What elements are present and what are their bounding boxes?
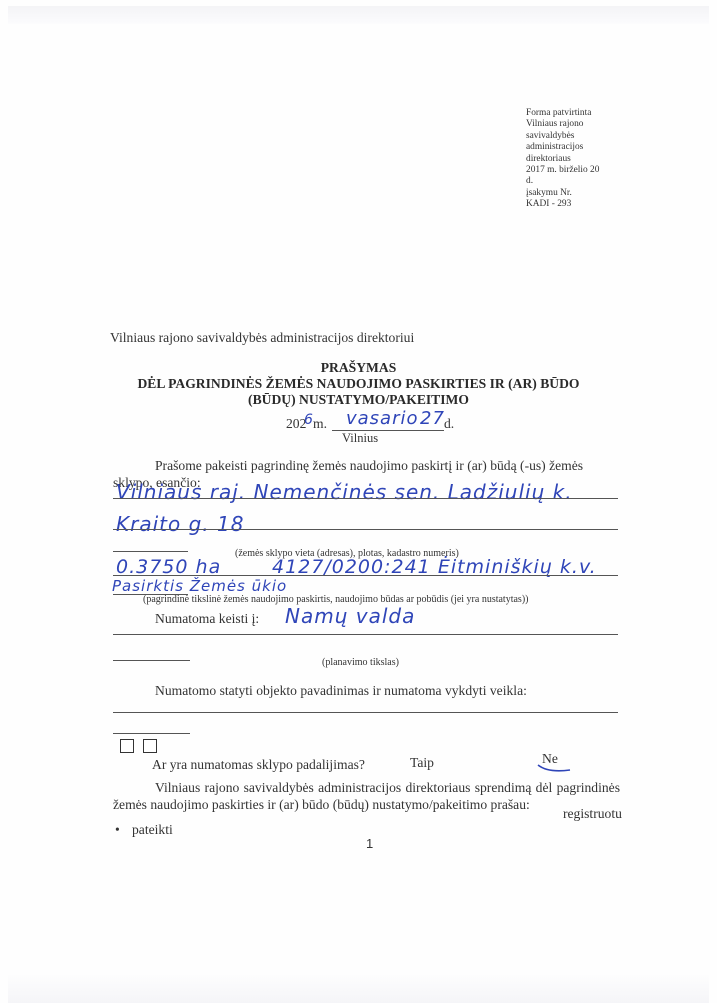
date-d-label: d.	[444, 416, 454, 432]
address-line-1	[113, 498, 618, 499]
planning-caption: (planavimo tikslas)	[322, 657, 399, 668]
date-m-label: m.	[313, 416, 327, 432]
planning-line	[113, 660, 190, 661]
address-line-3	[113, 551, 188, 552]
approval-line: direktoriaus	[526, 154, 646, 165]
submit-option-label: pateikti	[132, 822, 173, 838]
document-subtitle-line-2: (BŪDŲ) NUSTATYMO/PAKEITIMO	[0, 392, 717, 408]
date-day-handwritten[interactable]: 27	[420, 408, 445, 429]
approval-line: d.	[526, 176, 646, 187]
addressee: Vilniaus rajono savivaldybės administrac…	[110, 330, 414, 346]
scan-artifact-top	[8, 6, 709, 24]
object-line-2	[113, 733, 190, 734]
decision-line-2: žemės naudojimo paskirties ir (ar) būdo …	[113, 797, 530, 813]
approval-line: 2017 m. birželio 20	[526, 165, 646, 176]
no-selected-mark-icon	[536, 762, 572, 774]
object-label: Numatomo statyti objekto pavadinimas ir …	[155, 683, 527, 699]
decision-line-1: Vilniaus rajono savivaldybės administrac…	[155, 780, 620, 796]
purpose-handwritten[interactable]: Pasirktis Žemės ūkio	[112, 577, 287, 595]
approval-line: KADI - 293	[526, 199, 646, 210]
approval-line: Forma patvirtinta	[526, 108, 646, 119]
approval-line: savivaldybės	[526, 131, 646, 142]
approval-line: Vilniaus rajono	[526, 119, 646, 130]
change-to-handwritten[interactable]: Namų valda	[285, 604, 415, 628]
date-month-handwritten[interactable]: vasario	[346, 408, 419, 429]
request-intro-line-1: Prašome pakeisti pagrindinę žemės naudoj…	[155, 458, 583, 474]
date-day-underline	[418, 430, 442, 431]
change-to-label: Numatoma keisti į:	[155, 611, 259, 627]
approval-line: įsakymu Nr.	[526, 188, 646, 199]
place-label: Vilnius	[342, 431, 378, 446]
address-handwritten-2[interactable]: Kraito g. 18	[116, 512, 244, 536]
bullet-icon: •	[115, 822, 120, 838]
division-question: Ar yra numatomas sklypo padalijimas?	[152, 757, 365, 773]
address-line-2	[113, 529, 618, 530]
checkbox-no[interactable]	[143, 739, 157, 753]
document-title: PRAŠYMAS	[0, 360, 717, 376]
approval-line: administracijos	[526, 142, 646, 153]
cadastre-line	[113, 575, 618, 576]
change-to-line	[113, 634, 618, 635]
scan-artifact-bottom	[8, 973, 709, 1003]
document-subtitle-line-1: DĖL PAGRINDINĖS ŽEMĖS NAUDOJIMO PASKIRTI…	[0, 376, 717, 392]
object-line-1	[113, 712, 618, 713]
form-approval-note: Forma patvirtinta Vilniaus rajono saviva…	[526, 108, 646, 211]
checkbox-yes[interactable]	[120, 739, 134, 753]
division-yes-label[interactable]: Taip	[410, 755, 434, 771]
address-handwritten-1[interactable]: Vilniaus raj. Nemenčinės sen. Ladžiulių …	[116, 480, 573, 504]
page-number: 1	[366, 836, 373, 851]
registered-label: registruotu	[563, 806, 622, 822]
